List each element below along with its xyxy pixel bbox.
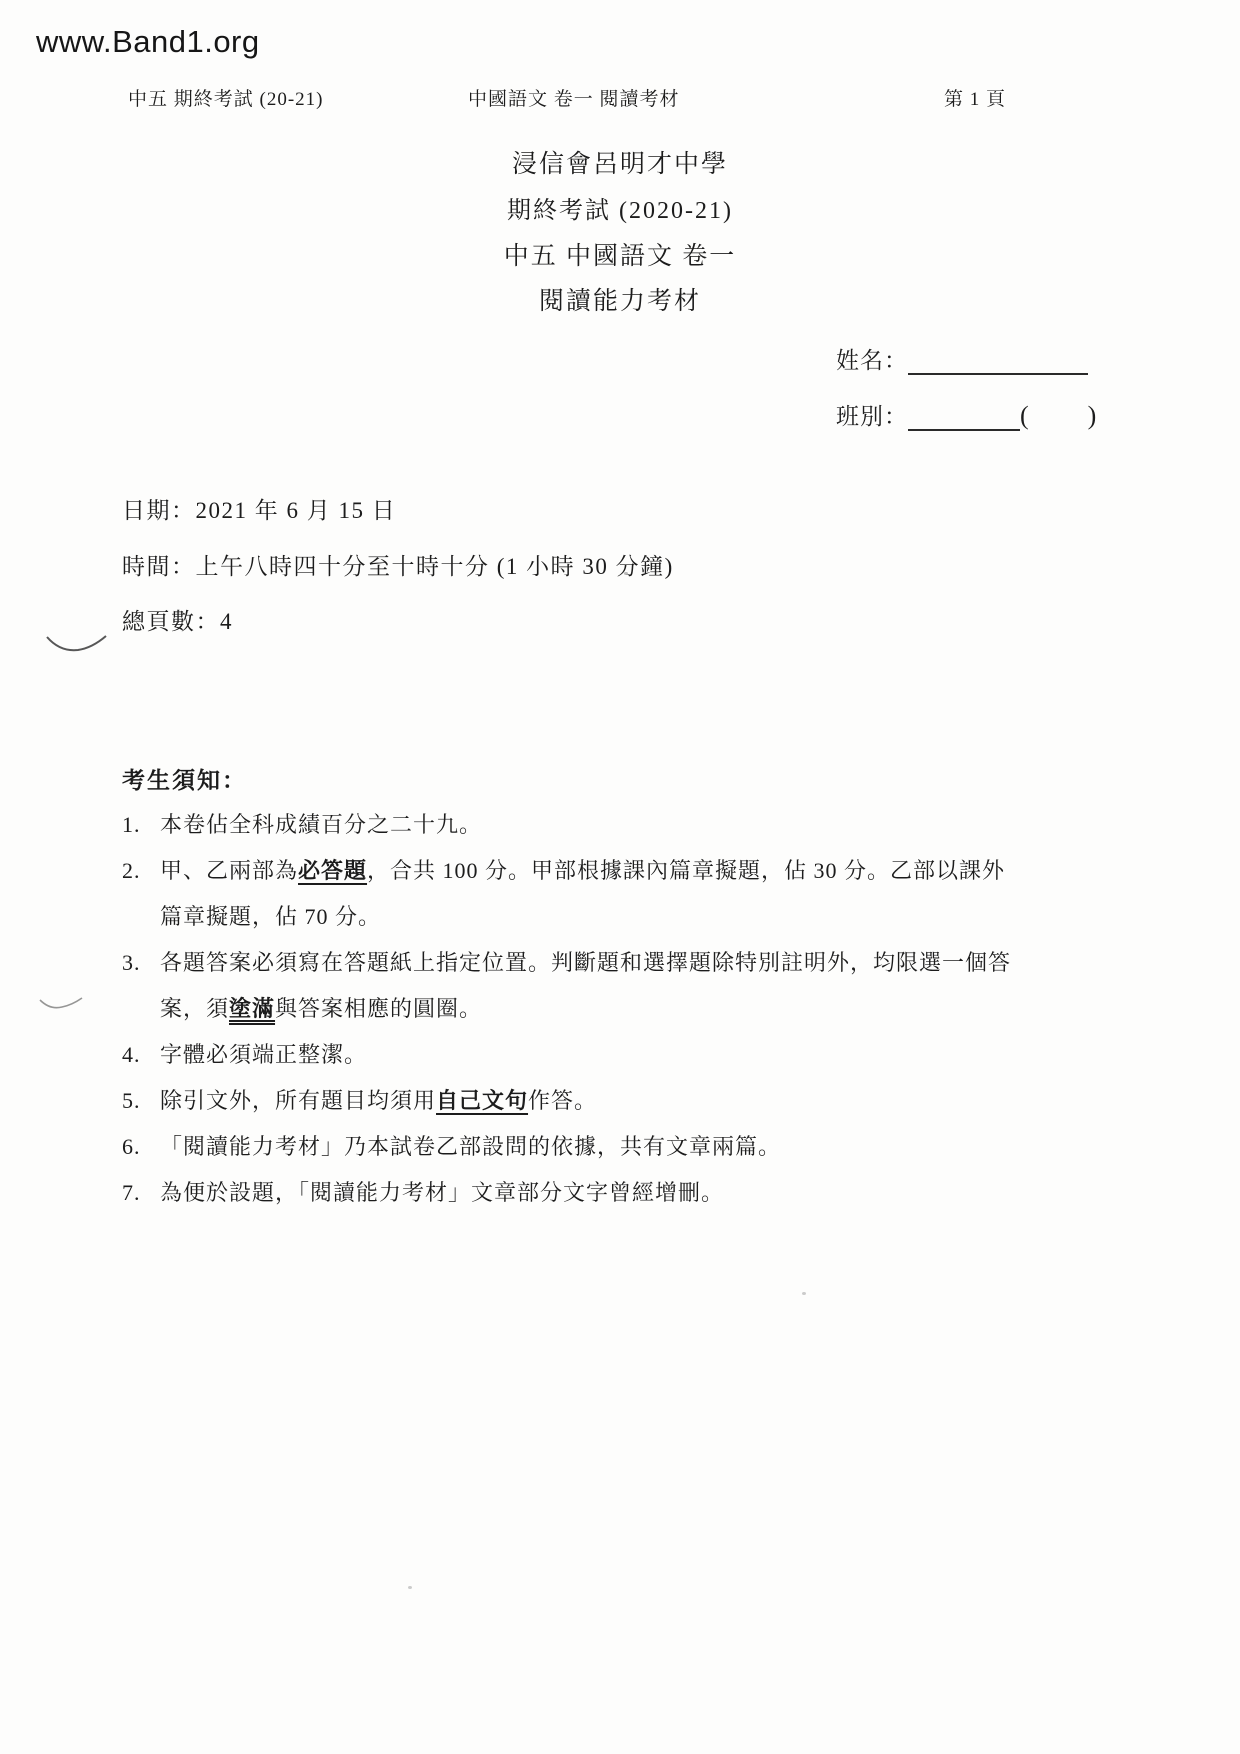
name-field-row: 姓名： [836,342,1088,375]
note-item: 2.甲、乙兩部為必答題，合共 100 分。甲部根據課內篇章擬題，佔 30 分。乙… [122,848,1014,940]
note-item: 6.「閱讀能力考材」乃本試卷乙部設問的依據，共有文章兩篇。 [122,1124,1014,1170]
note-item: 5.除引文外，所有題目均須用自己文句作答。 [122,1078,1014,1124]
note-number: 2. [122,848,160,940]
class-label: 班別： [836,398,908,431]
note-item: 1.本卷佔全科成績百分之二十九。 [122,802,1014,848]
scan-speck [408,1586,412,1589]
paper-title: 閱讀能力考材 [0,281,1240,317]
note-item: 7.為便於設題，「閱讀能力考材」文章部分文字曾經增刪。 [122,1170,1014,1216]
class-number-bracket-close: ) [1088,401,1098,431]
note-number: 1. [122,802,160,848]
note-text: 為便於設題，「閱讀能力考材」文章部分文字曾經增刪。 [160,1170,1014,1216]
name-blank-line [908,345,1088,375]
header-page-number: 第 1 頁 [944,84,1006,111]
class-number-bracket-open: ( [1020,401,1030,431]
scan-artifact-curve-bottom [38,994,84,1014]
note-item: 4.字體必須端正整潔。 [122,1032,1014,1078]
exam-total-pages: 總頁數：4 [122,603,233,636]
class-field-row: 班別： ( ) [836,398,1097,431]
note-text: 本卷佔全科成績百分之二十九。 [160,802,1014,848]
header-center: 中國語文 卷一 閱讀考材 [468,84,680,111]
class-blank-line [908,401,1020,431]
name-label: 姓名： [836,342,908,375]
note-number: 5. [122,1078,160,1124]
note-text: 字體必須端正整潔。 [160,1032,1014,1078]
note-item: 3.各題答案必須寫在答題紙上指定位置。判斷題和選擇題除特別註明外，均限選一個答案… [122,940,1014,1032]
scan-artifact-curve-top [44,630,110,656]
note-text: 「閱讀能力考材」乃本試卷乙部設問的依據，共有文章兩篇。 [160,1124,1014,1170]
school-name: 浸信會呂明才中學 [0,144,1240,180]
notes-list: 1.本卷佔全科成績百分之二十九。2.甲、乙兩部為必答題，合共 100 分。甲部根… [122,802,1014,1216]
note-number: 7. [122,1170,160,1216]
scan-speck [802,1292,806,1295]
note-number: 4. [122,1032,160,1078]
note-text: 各題答案必須寫在答題紙上指定位置。判斷題和選擇題除特別註明外，均限選一個答案，須… [160,940,1014,1032]
watermark-url: www.Band1.org [36,24,260,60]
note-text: 甲、乙兩部為必答題，合共 100 分。甲部根據課內篇章擬題，佔 30 分。乙部以… [160,848,1014,940]
class-subject-title: 中五 中國語文 卷一 [0,236,1240,272]
exam-time: 時間：上午八時四十分至十時十分 (1 小時 30 分鐘) [122,548,674,581]
note-number: 3. [122,940,160,1032]
exam-paper-page: www.Band1.org 中五 期終考試 (20-21) 中國語文 卷一 閱讀… [0,0,1240,1754]
header-left: 中五 期終考試 (20-21) [128,84,323,111]
note-text: 除引文外，所有題目均須用自己文句作答。 [160,1078,1014,1124]
exam-date: 日期：2021 年 6 月 15 日 [122,492,396,525]
exam-title: 期終考試 (2020-21) [0,190,1240,225]
note-number: 6. [122,1124,160,1170]
notes-heading: 考生須知： [122,762,247,795]
